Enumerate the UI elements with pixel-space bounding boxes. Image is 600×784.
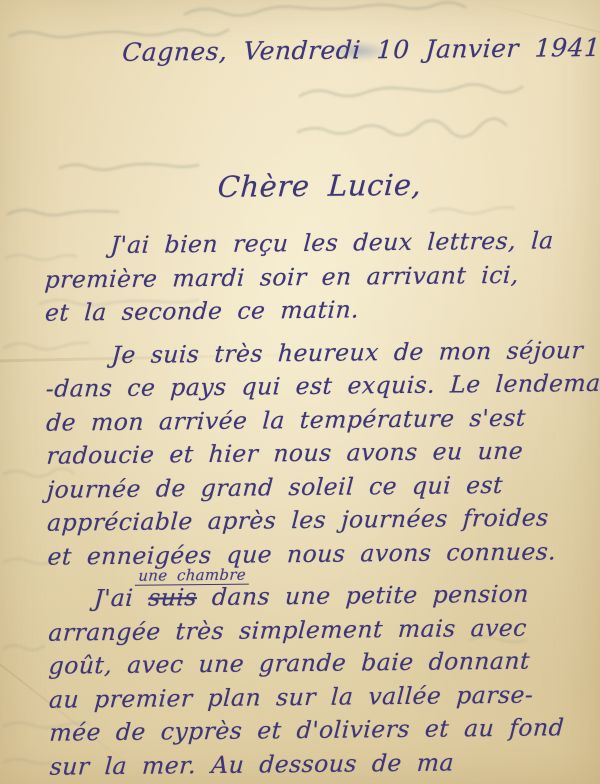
interline-insertion: une chambre <box>135 568 250 586</box>
letter-content: Cagnes, Vendredi 10 Janvier 1941, Chère … <box>34 23 576 784</box>
letter-paragraph: J'ai bien reçu les deux lettres, lapremi… <box>44 224 571 330</box>
letter-line: goût, avec une grande baie donnant <box>48 644 576 683</box>
letter-date-line: Cagnes, Vendredi 10 Janvier 1941, <box>121 33 569 67</box>
letter-body: J'ai bien reçu les deux lettres, lapremi… <box>36 224 576 784</box>
letter-salutation: Chère Lucie, <box>217 166 571 204</box>
letter-line: et la seconde ce matin. <box>44 291 572 330</box>
letter-line: de mon arrivée la température s'est <box>45 401 573 440</box>
letter-line: au premier plan sur la vallée parse- <box>48 678 576 717</box>
letter-line: sur la mer. Au dessous de ma <box>49 745 577 784</box>
letter-line: mée de cyprès et d'oliviers et au fond <box>48 711 576 750</box>
letter-line: radoucie et hier nous avons eu une <box>46 434 574 473</box>
letter-line: première mardi soir en arrivant ici, <box>44 258 572 297</box>
letter-line: Je suis très heureux de mon séjour <box>44 334 572 373</box>
letter-line: appréciable après les journées froides <box>46 501 574 540</box>
letter-line: journée de grand soleil ce qui est <box>46 468 574 507</box>
letter-line: arrangée très simplement mais avec <box>47 611 575 650</box>
letter-paragraph: une chambreJ'ai suis dans une petite pen… <box>48 577 576 783</box>
struck-word: suis <box>148 583 198 612</box>
letter-line: et enneigées que nous avons connues. <box>47 535 575 574</box>
letter-paragraph: Je suis très heureux de mon séjour-dans … <box>45 334 573 574</box>
letter-text-segment: J'ai <box>93 584 149 613</box>
letter-page: Cagnes, Vendredi 10 Janvier 1941, Chère … <box>0 0 600 784</box>
letter-line: une chambreJ'ai suis dans une petite pen… <box>47 577 575 616</box>
letter-line: -dans ce pays qui est exquis. Le lendema… <box>45 367 573 406</box>
letter-line: J'ai bien reçu les deux lettres, la <box>43 224 571 263</box>
